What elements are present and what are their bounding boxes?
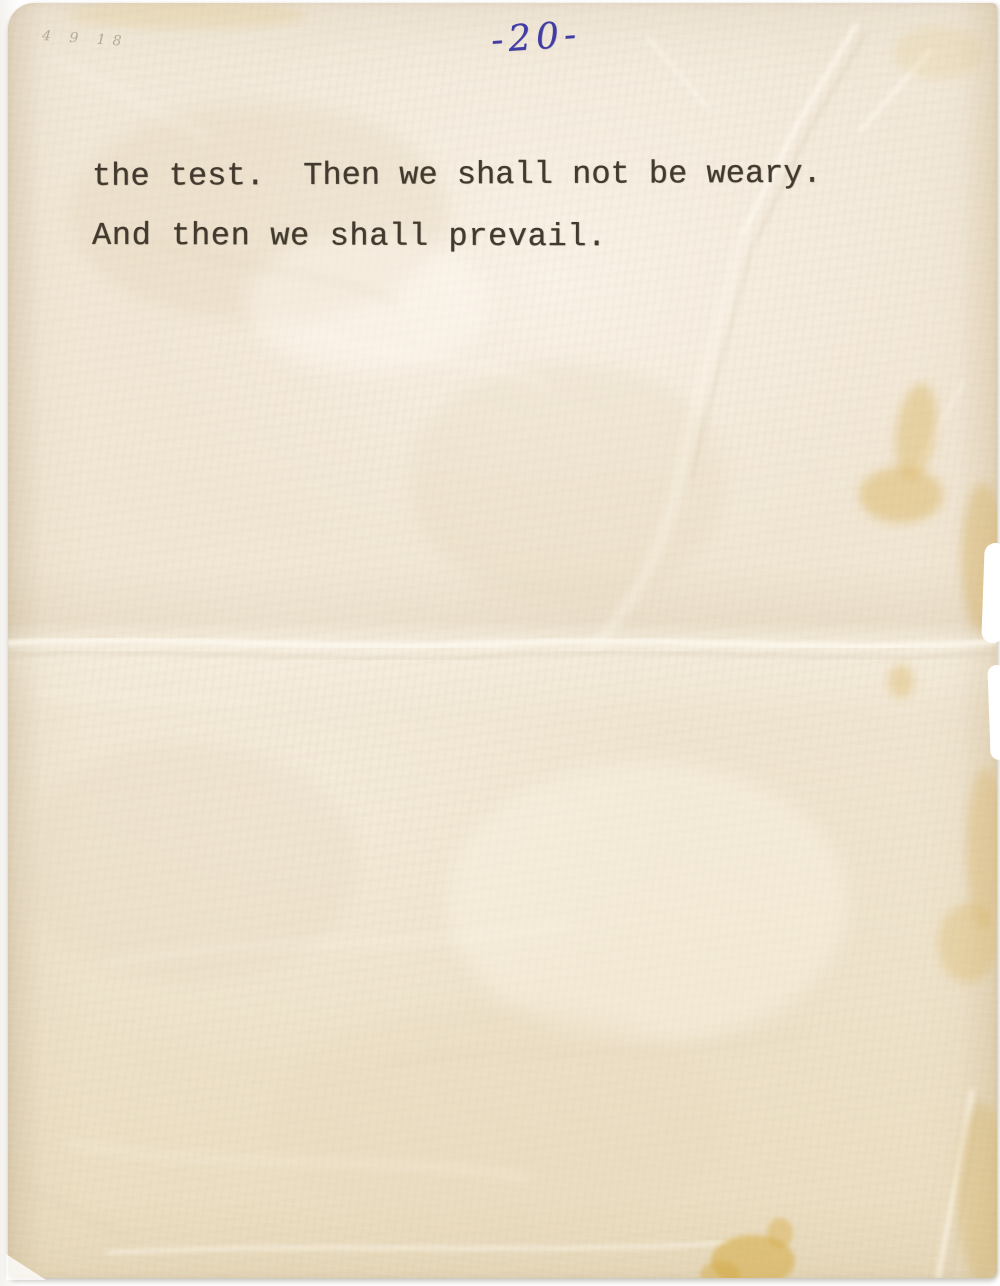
paper-corner-cut [6, 1254, 46, 1280]
paper-page: 4 9 18 -20- the test. Then we shall not … [8, 3, 997, 1278]
paper-edge-notch [987, 665, 1000, 761]
scanned-document: 4 9 18 -20- the test. Then we shall not … [0, 0, 1000, 1286]
handwritten-page-number: -20- [475, 13, 598, 62]
typewritten-text-block: the test. Then we shall not be weary. An… [92, 144, 952, 268]
paper-edge-notch [981, 543, 1000, 644]
typed-line-1: the test. Then we shall not be weary. [92, 142, 952, 208]
typed-line-2: And then we shall prevail. [92, 205, 952, 269]
pencil-annotation: 4 9 18 [42, 28, 129, 50]
